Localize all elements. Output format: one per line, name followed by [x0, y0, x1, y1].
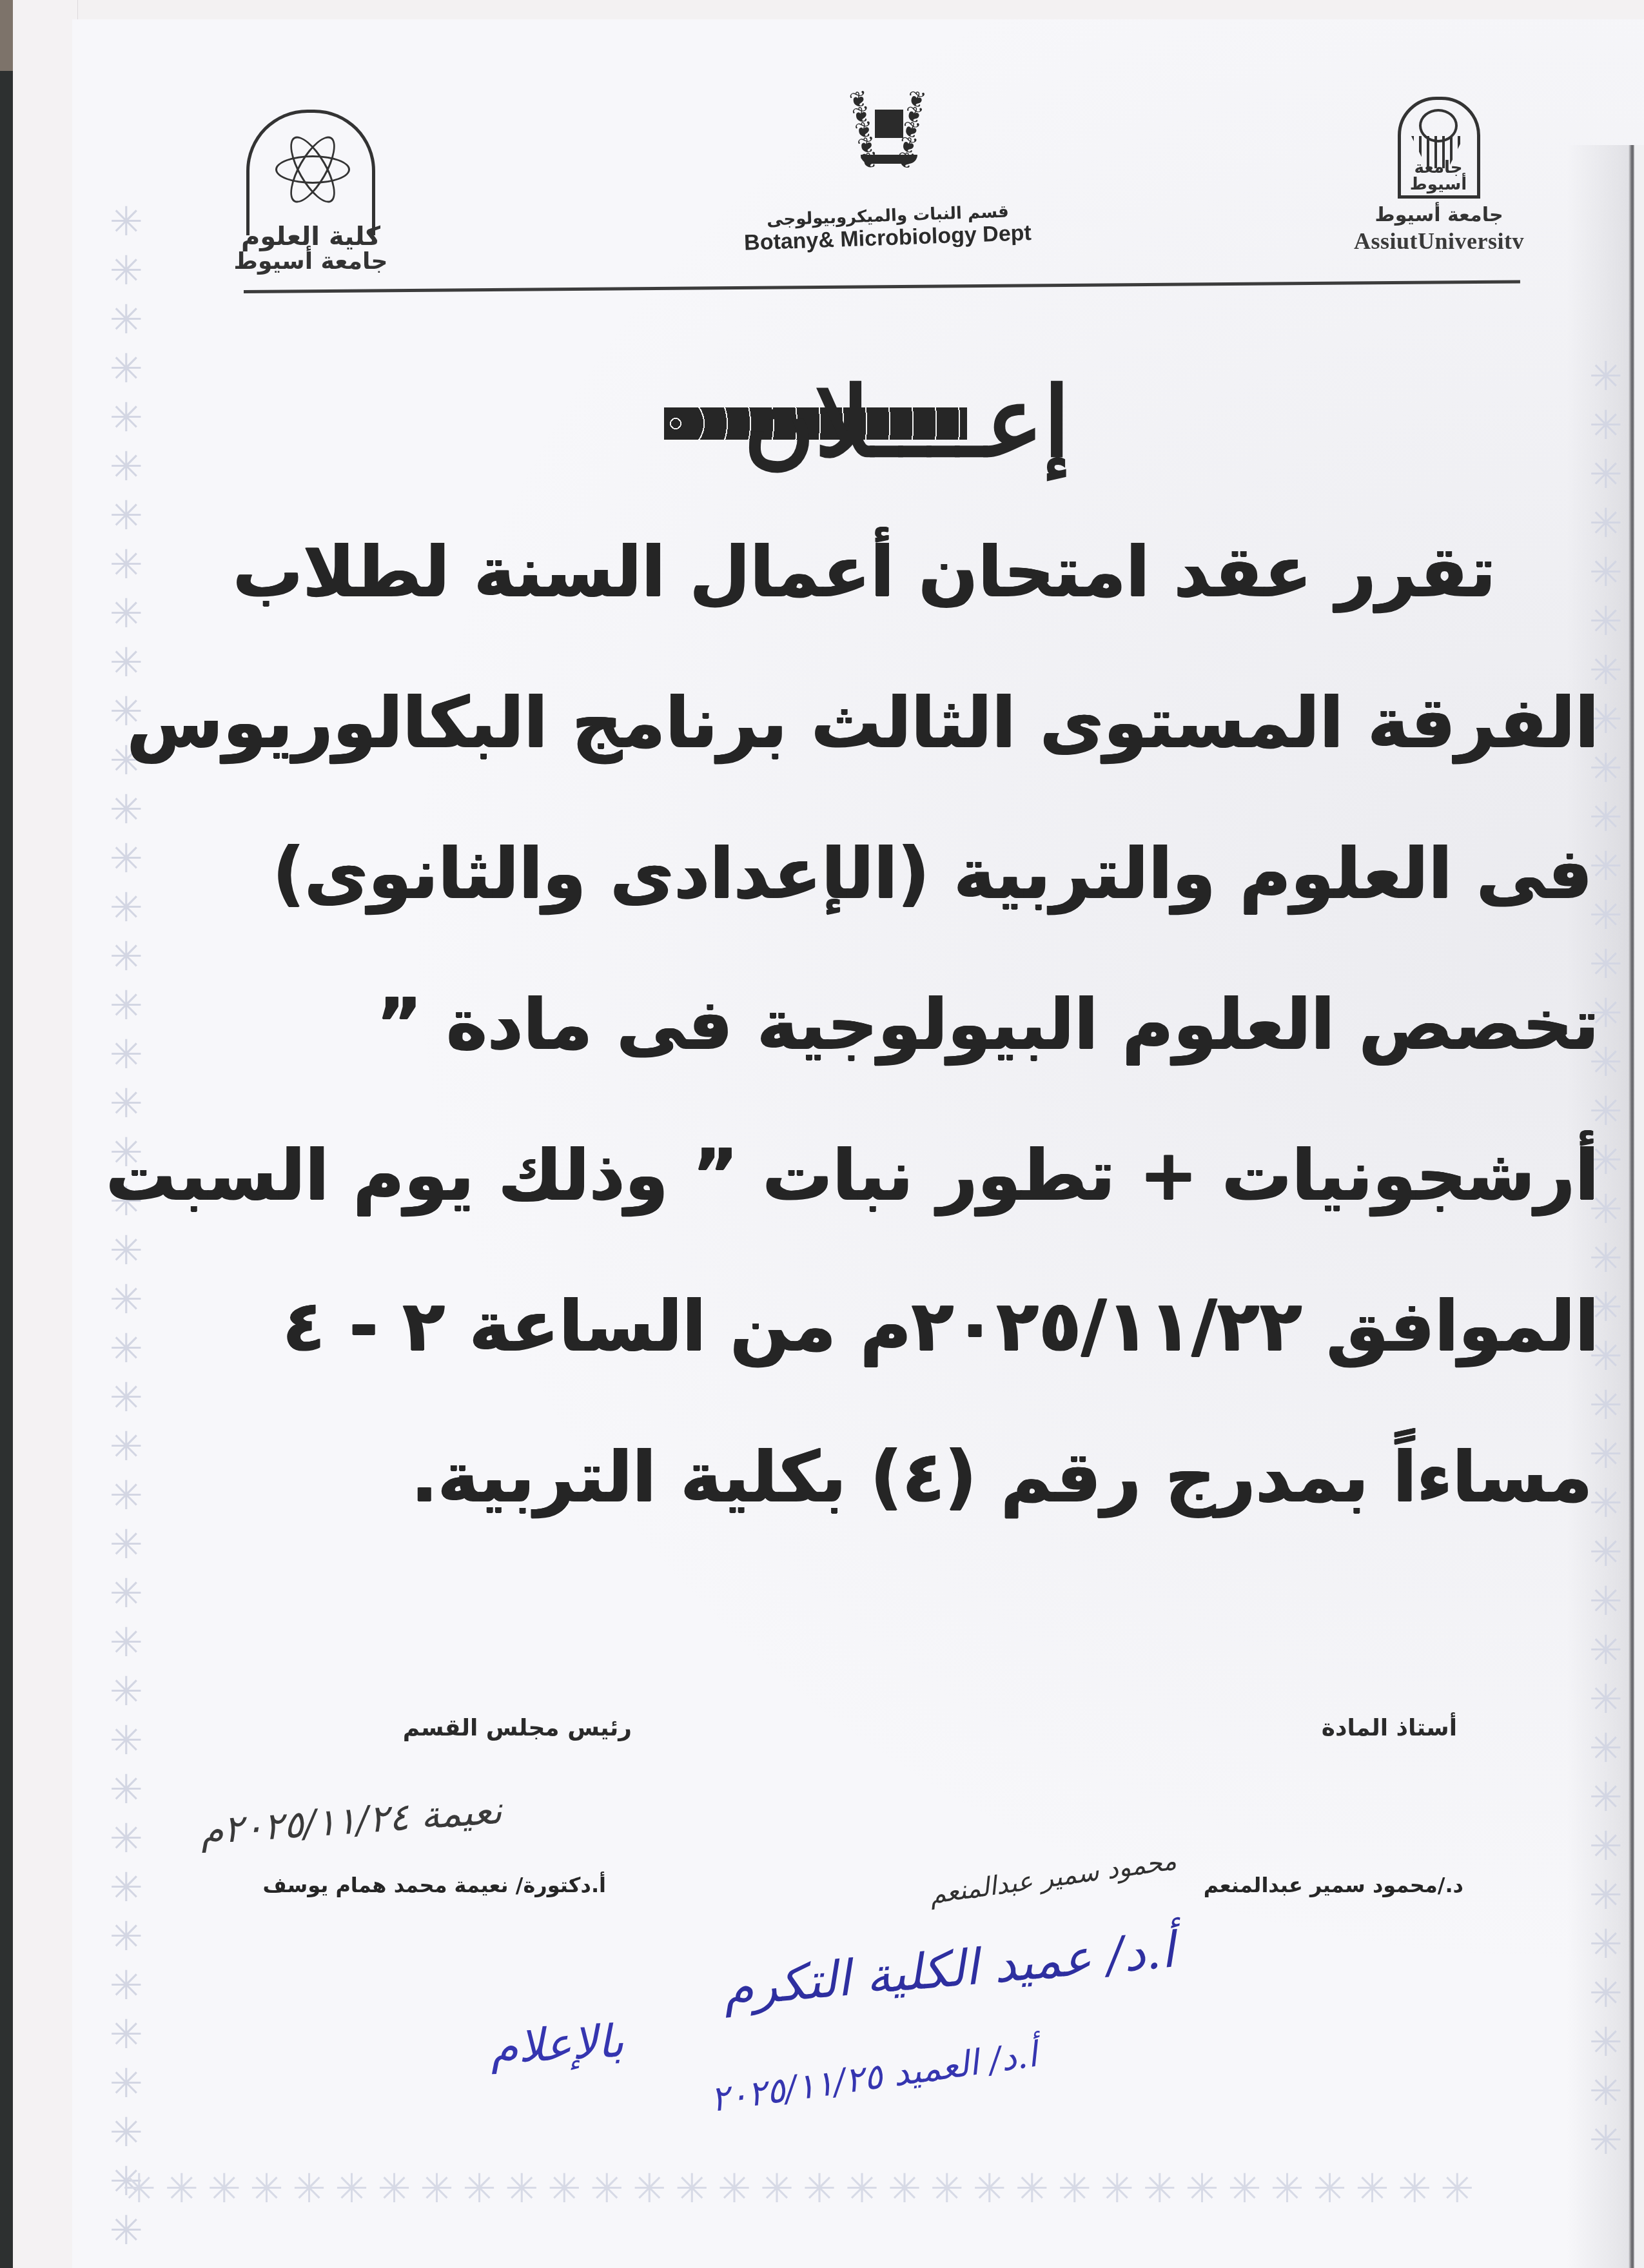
star-ornament-icon: ✳ — [110, 1921, 143, 1952]
star-ornament-icon: ✳ — [110, 2215, 143, 2246]
star-ornament-icon: ✳ — [1589, 1684, 1623, 1715]
backing-paper — [13, 0, 78, 2268]
star-ornament-icon: ✳ — [110, 990, 143, 1021]
university-name-ar: جامعة أسيوط — [1323, 204, 1555, 226]
laurel-left-icon: ❦❦❦❦❦ — [790, 91, 882, 193]
star-ornament-icon: ✳ — [110, 1382, 143, 1413]
star-ornament-icon: ✳ — [1271, 2169, 1304, 2208]
star-ornament-icon: ✳ — [1589, 1635, 1623, 1666]
signature-labels: أستاذ المادة رئيس مجلس القسم — [168, 1715, 1457, 1754]
star-ornament-icon: ✳ — [110, 353, 143, 384]
star-ornament-icon: ✳ — [632, 2169, 666, 2208]
department-chair-name: أ.دكتورة/ نعيمة محمد همام يوسف — [263, 1873, 606, 1897]
star-ornament-icon: ✳ — [110, 402, 143, 433]
scanner-background — [13, 0, 1644, 19]
laurel-wreath-icon: ❦❦❦❦❦ ❦❦❦❦❦ — [785, 84, 991, 187]
university-name-en: AssiutUniversitv — [1323, 228, 1555, 255]
star-ornament-icon: ✳ — [590, 2169, 623, 2208]
body-line-7: مساءاً بمدرج رقم (٤) بكلية التربية. — [174, 1440, 1599, 1591]
laurel-right-icon: ❦❦❦❦❦ — [894, 91, 985, 193]
star-ornament-icon: ✳ — [110, 1578, 143, 1609]
star-ornament-icon: ✳ — [930, 2169, 964, 2208]
star-border-bottom: ✳✳✳✳✳✳✳✳✳✳✳✳✳✳✳✳✳✳✳✳✳✳✳✳✳✳✳✳✳✳✳✳ — [122, 2169, 1474, 2208]
star-ornament-icon: ✳ — [165, 2169, 199, 2208]
star-ornament-icon: ✳ — [1589, 361, 1623, 392]
star-ornament-icon: ✳ — [1101, 2169, 1134, 2208]
star-ornament-icon: ✳ — [110, 1529, 143, 1560]
star-ornament-icon: ✳ — [110, 1480, 143, 1511]
star-ornament-icon: ✳ — [1589, 2125, 1623, 2156]
star-ornament-icon: ✳ — [1015, 2169, 1049, 2208]
star-ornament-icon: ✳ — [973, 2169, 1006, 2208]
subject-professor-name: د./محمود سمير عبدالمنعم — [1204, 1873, 1463, 1897]
star-ornament-icon: ✳ — [718, 2169, 751, 2208]
announcement-title: إعــــلان — [567, 367, 1070, 477]
star-ornament-icon: ✳ — [760, 2169, 794, 2208]
star-ornament-icon: ✳ — [1313, 2169, 1347, 2208]
star-ornament-icon: ✳ — [110, 1823, 143, 1854]
star-ornament-icon: ✳ — [1589, 2027, 1623, 2058]
star-ornament-icon: ✳ — [420, 2169, 454, 2208]
body-line-2: الفرقة المستوى الثالث برنامج البكالوريوس — [174, 686, 1599, 837]
star-ornament-icon: ✳ — [110, 794, 143, 825]
star-ornament-icon: ✳ — [293, 2169, 326, 2208]
star-ornament-icon: ✳ — [1589, 1733, 1623, 1764]
faculty-emblem-icon — [246, 110, 375, 235]
emblem-monogram: جامعة أسيوط — [1407, 159, 1469, 193]
star-ornament-icon: ✳ — [1589, 410, 1623, 441]
star-ornament-icon: ✳ — [110, 598, 143, 629]
star-ornament-icon: ✳ — [110, 1872, 143, 1903]
star-ornament-icon: ✳ — [1356, 2169, 1389, 2208]
star-ornament-icon: ✳ — [110, 892, 143, 923]
star-ornament-icon: ✳ — [845, 2169, 879, 2208]
star-ornament-icon: ✳ — [110, 1333, 143, 1364]
star-ornament-icon: ✳ — [888, 2169, 921, 2208]
star-border-left: ✳✳✳✳✳✳✳✳✳✳✳✳✳✳✳✳✳✳✳✳✳✳✳✳✳✳✳✳✳✳✳✳✳✳✳✳✳✳✳✳… — [110, 206, 143, 2246]
star-ornament-icon: ✳ — [110, 1431, 143, 1462]
department-logo: ❦❦❦❦❦ ❦❦❦❦❦ قسم النبات والميكروبيولوجى B… — [707, 84, 1068, 251]
star-ornament-icon: ✳ — [110, 1774, 143, 1805]
star-ornament-icon: ✳ — [548, 2169, 582, 2208]
body-line-1: تقرر عقد امتحان أعمال السنة لطلاب — [174, 535, 1599, 686]
star-ornament-icon: ✳ — [110, 1627, 143, 1658]
star-ornament-icon: ✳ — [208, 2169, 241, 2208]
star-ornament-icon: ✳ — [335, 2169, 369, 2208]
star-ornament-icon: ✳ — [803, 2169, 836, 2208]
star-ornament-icon: ✳ — [1589, 1929, 1623, 1960]
star-ornament-icon: ✳ — [110, 549, 143, 580]
star-ornament-icon: ✳ — [110, 843, 143, 874]
star-ornament-icon: ✳ — [1589, 1831, 1623, 1862]
star-ornament-icon: ✳ — [110, 2117, 143, 2148]
star-ornament-icon: ✳ — [1143, 2169, 1177, 2208]
department-mark-icon — [875, 110, 903, 138]
body-line-6: الموافق ٢٠٢٥/١١/٢٢م من الساعة ٢ - ٤ — [174, 1289, 1599, 1440]
star-ornament-icon: ✳ — [110, 941, 143, 972]
star-ornament-icon: ✳ — [110, 2068, 143, 2099]
star-ornament-icon: ✳ — [1228, 2169, 1262, 2208]
star-ornament-icon: ✳ — [1441, 2169, 1474, 2208]
star-ornament-icon: ✳ — [110, 1235, 143, 1266]
star-ornament-icon: ✳ — [110, 1039, 143, 1070]
star-ornament-icon: ✳ — [110, 2019, 143, 2050]
body-line-3: فى العلوم والتربية (الإعدادى والثانوى) — [174, 837, 1599, 988]
assiut-university-logo: جامعة أسيوط جامعة أسيوط AssiutUniversitv — [1323, 97, 1555, 255]
star-ornament-icon: ✳ — [110, 647, 143, 678]
star-ornament-icon: ✳ — [110, 304, 143, 335]
faculty-university-ar: جامعة أسيوط — [220, 249, 401, 274]
star-ornament-icon: ✳ — [1589, 1978, 1623, 2009]
star-ornament-icon: ✳ — [110, 1088, 143, 1119]
star-ornament-icon: ✳ — [110, 451, 143, 482]
announcement-body: تقرر عقد امتحان أعمال السنة لطلاب الفرقة… — [174, 535, 1599, 1591]
atom-icon — [275, 132, 346, 203]
star-ornament-icon: ✳ — [250, 2169, 284, 2208]
star-ornament-icon: ✳ — [463, 2169, 496, 2208]
letterhead: جامعة أسيوط جامعة أسيوط AssiutUniversitv… — [72, 84, 1555, 297]
signature-names: د./محمود سمير عبدالمنعم أ.دكتورة/ نعيمة … — [168, 1873, 1463, 1911]
department-chair-label: رئيس مجلس القسم — [403, 1715, 632, 1741]
star-ornament-icon: ✳ — [110, 1725, 143, 1756]
star-ornament-icon: ✳ — [675, 2169, 709, 2208]
star-ornament-icon: ✳ — [1589, 459, 1623, 490]
subject-professor-label: أستاذ المادة — [1322, 1715, 1457, 1741]
approval-note-line-2: بالإعلام — [489, 2015, 625, 2075]
star-ornament-icon: ✳ — [110, 1284, 143, 1315]
star-ornament-icon: ✳ — [1589, 2076, 1623, 2107]
star-ornament-icon: ✳ — [122, 2169, 156, 2208]
star-ornament-icon: ✳ — [505, 2169, 539, 2208]
star-ornament-icon: ✳ — [1589, 1880, 1623, 1911]
body-line-5: أرشجونيات + تطور نبات ” وذلك يوم السبت — [174, 1139, 1599, 1289]
star-ornament-icon: ✳ — [110, 1970, 143, 2001]
star-ornament-icon: ✳ — [110, 500, 143, 531]
star-ornament-icon: ✳ — [1398, 2169, 1432, 2208]
university-emblem-icon: جامعة أسيوط — [1398, 97, 1480, 199]
star-ornament-icon: ✳ — [378, 2169, 411, 2208]
star-ornament-icon: ✳ — [1186, 2169, 1219, 2208]
body-line-4: تخصص العلوم البيولوجية فى مادة ” — [174, 988, 1599, 1139]
faculty-of-science-logo: كلية العلوم جامعة أسيوط — [220, 110, 401, 274]
star-ornament-icon: ✳ — [1058, 2169, 1091, 2208]
star-ornament-icon: ✳ — [1589, 1782, 1623, 1813]
star-ornament-icon: ✳ — [1589, 508, 1623, 539]
scanner-edge — [0, 0, 13, 2268]
title-text: إعــــلان — [743, 367, 1070, 477]
star-ornament-icon: ✳ — [110, 1676, 143, 1707]
